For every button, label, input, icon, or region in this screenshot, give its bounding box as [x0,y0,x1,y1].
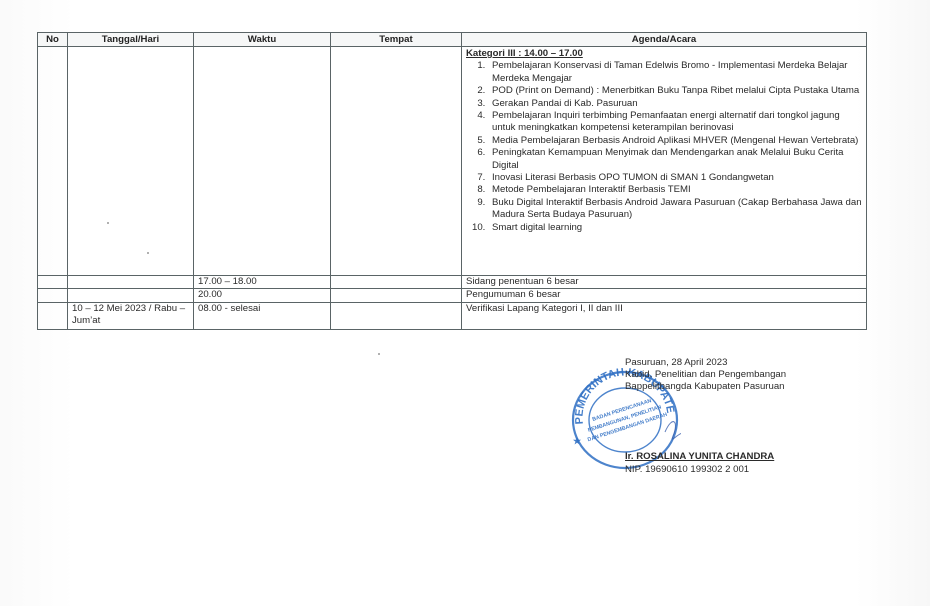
agenda-item: Pembelajaran Inquiri terbimbing Pemanfaa… [488,110,862,135]
cell-tanggal [68,276,194,289]
agenda-item: Buku Digital Interaktif Berbasis Android… [488,197,862,222]
table-row: 20.00 Pengumuman 6 besar [38,289,867,302]
scan-speck [378,353,380,355]
agenda-item: Metode Pembelajaran Interaktif Berbasis … [488,184,862,196]
agenda-item: Media Pembelajaran Berbasis Android Apli… [488,135,862,147]
cell-waktu: 17.00 – 18.00 [194,276,331,289]
agenda-item: Gerakan Pandai di Kab. Pasuruan [488,98,862,110]
agenda-item: Pembelajaran Konservasi di Taman Edelwis… [488,60,862,85]
header-no: No [38,33,68,47]
position-line-1: Kabid. Penelitian dan Pengembangan [625,369,786,381]
cell-no [38,302,68,329]
cell-tanggal: 10 – 12 Mei 2023 / Rabu – Jum’at [68,302,194,329]
cell-agenda: Sidang penentuan 6 besar [462,276,867,289]
scan-speck [107,222,109,224]
position-line-2: Bappelitbangda Kabupaten Pasuruan [625,381,786,393]
cell-waktu: 20.00 [194,289,331,302]
table-row: Kategori III : 14.00 – 17.00 Pembelajara… [38,47,867,276]
signature-scribble-icon [665,422,681,439]
cell-agenda: Verifikasi Lapang Kategori I, II dan III [462,302,867,329]
cell-tempat [331,289,462,302]
cell-no [38,289,68,302]
cell-waktu: 08.00 - selesai [194,302,331,329]
cell-waktu [194,47,331,276]
header-tanggal-hari: Tanggal/Hari [68,33,194,47]
agenda-item: Inovasi Literasi Berbasis OPO TUMON di S… [488,172,862,184]
table-row: 17.00 – 18.00 Sidang penentuan 6 besar [38,276,867,289]
cell-tempat [331,302,462,329]
agenda-list: Pembelajaran Konservasi di Taman Edelwis… [466,60,862,234]
schedule-table: No Tanggal/Hari Waktu Tempat Agenda/Acar… [37,32,867,330]
cell-tanggal [68,47,194,276]
cell-tempat [331,276,462,289]
header-tempat: Tempat [331,33,462,47]
cell-agenda: Kategori III : 14.00 – 17.00 Pembelajara… [462,47,867,276]
table-header-row: No Tanggal/Hari Waktu Tempat Agenda/Acar… [38,33,867,47]
cell-agenda: Pengumuman 6 besar [462,289,867,302]
cell-tanggal [68,289,194,302]
header-waktu: Waktu [194,33,331,47]
cell-no [38,276,68,289]
stamp-star-icon: ★ [573,436,582,446]
place-date: Pasuruan, 28 April 2023 [625,357,786,369]
signature-block: Pasuruan, 28 April 2023 Kabid. Penelitia… [625,357,786,394]
header-agenda-acara: Agenda/Acara [462,33,867,47]
agenda-item: Smart digital learning [488,222,862,234]
cell-tempat [331,47,462,276]
agenda-item: Peningkatan Kemampuan Menyimak dan Mende… [488,147,862,172]
scan-speck [147,252,149,254]
agenda-item: POD (Print on Demand) : Menerbitkan Buku… [488,85,862,97]
table-row: 10 – 12 Mei 2023 / Rabu – Jum’at 08.00 -… [38,302,867,329]
signatory-name: Ir. ROSALINA YUNITA CHANDRA [625,451,774,463]
signatory-nip: NIP. 19690610 199302 2 001 [625,464,749,476]
cell-no [38,47,68,276]
category-title: Kategori III : 14.00 – 17.00 [466,48,862,60]
